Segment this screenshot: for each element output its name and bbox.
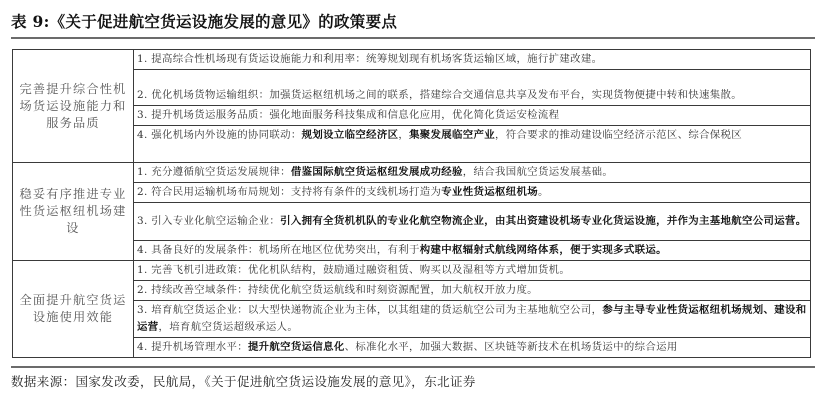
body-text: ， xyxy=(398,129,409,141)
body-text: ，培育航空货运超级承运人。 xyxy=(158,321,298,333)
emphasis-text: 专业性货运枢纽机场 xyxy=(441,186,538,198)
category-cell: 完善提升综合性机场货运设施能力和服务品质 xyxy=(13,50,134,163)
emphasis-text: 规划设立临空经济区 xyxy=(302,129,399,141)
category-cell: 稳妥有序推进专业性货运枢纽机场建设 xyxy=(13,163,134,261)
policy-item-cell: 3. 培育航空货运企业：以大型快递物流企业为主体，以其组建的货运航空公司为主基地… xyxy=(134,301,811,338)
policy-item-cell: 2. 优化机场货物运输组织：加强货运枢纽机场之间的联系，搭建综合交通信息共享及发… xyxy=(134,70,811,106)
policy-item-cell: 3. 引入专业化航空运输企业：引入拥有全货机机队的专业化航空物流企业，由其出资建… xyxy=(134,203,811,241)
category-cell: 全面提升航空货运设施使用效能 xyxy=(13,261,134,358)
policy-item-cell: 2. 符合民用运输机场布局规划：支持将有条件的支线机场打造为专业性货运枢纽机场。 xyxy=(134,183,811,203)
body-text: 2. 持续改善空域条件：持续优化航空货运航线和时刻资源配置，加大航权开放力度。 xyxy=(137,284,538,296)
emphasis-text: 集聚发展临空产业 xyxy=(409,129,495,141)
body-text: ，符合要求的推动建设临空经济示范区、综合保税区 xyxy=(495,129,742,141)
body-text: 1. 充分遵循航空货运发展规律： xyxy=(137,166,291,178)
body-text: 2. 符合民用运输机场布局规划：支持将有条件的支线机场打造为 xyxy=(137,186,441,198)
policy-item-cell: 1. 提高综合性机场现有货运设施能力和利用率：统筹规划现有机场客货运输区域，施行… xyxy=(134,50,811,70)
emphasis-text: 借鉴国际航空货运枢纽发展成功经验 xyxy=(291,166,463,178)
table-title: 表 9:《关于促进航空货运设施发展的意见》的政策要点 xyxy=(11,10,397,32)
table-row: 全面提升航空货运设施使用效能1. 完善飞机引进政策：优化机队结构，鼓励通过融资租… xyxy=(13,261,811,281)
policy-item-cell: 3. 提升机场货运服务品质：强化地面服务科技集成和信息化应用，优化简化货运安检流… xyxy=(134,106,811,126)
body-text: 、标准化水平，加强大数据、区块链等新技术在机场货运中的综合运用 xyxy=(345,341,678,353)
policy-item-cell: 2. 持续改善空域条件：持续优化航空货运航线和时刻资源配置，加大航权开放力度。 xyxy=(134,281,811,301)
emphasis-text: 构建中枢辐射式航线网络体系，便于实现多式联运。 xyxy=(420,244,667,256)
policy-item-cell: 4. 提升机场管理水平：提升航空货运信息化、标准化水平，加强大数据、区块链等新技… xyxy=(134,338,811,358)
body-text: 4. 提升机场管理水平： xyxy=(137,341,248,353)
policy-table: 完善提升综合性机场货运设施能力和服务品质1. 提高综合性机场现有货运设施能力和利… xyxy=(12,49,811,358)
body-text: 4. 强化机场内外设施的协同联动： xyxy=(137,129,302,141)
emphasis-text: 引入拥有全货机机队的专业化航空物流企业，由其出资建设机场专业化货运设施，并作为主… xyxy=(280,215,806,227)
data-source-note: 数据来源：国家发改委，民航局，《关于促进航空货运设施发展的意见》，东北证券 xyxy=(11,372,476,390)
body-text: 3. 提升机场货运服务品质：强化地面服务科技集成和信息化应用，优化简化货运安检流… xyxy=(137,109,559,121)
policy-item-cell: 4. 具备良好的发展条件：机场所在地区位优势突出，有利于构建中枢辐射式航线网络体… xyxy=(134,241,811,261)
body-text: 1. 完善飞机引进政策：优化机队结构，鼓励通过融资租赁、购买以及湿租等方式增加货… xyxy=(137,264,570,276)
body-text: 。 xyxy=(538,186,549,198)
emphasis-text: 提升航空货运信息化 xyxy=(248,341,345,353)
policy-item-cell: 4. 强化机场内外设施的协同联动：规划设立临空经济区，集聚发展临空产业，符合要求… xyxy=(134,126,811,163)
table-row: 完善提升综合性机场货运设施能力和服务品质1. 提高综合性机场现有货运设施能力和利… xyxy=(13,50,811,70)
body-text: 1. 提高综合性机场现有货运设施能力和利用率：统筹规划现有机场客货运输区域，施行… xyxy=(137,53,602,65)
body-text: 3. 引入专业化航空运输企业： xyxy=(137,215,280,227)
policy-item-cell: 1. 充分遵循航空货运发展规律：借鉴国际航空货运枢纽发展成功经验，结合我国航空货… xyxy=(134,163,811,183)
footer-divider xyxy=(11,366,815,368)
body-text: ，结合我国航空货运发展基础。 xyxy=(463,166,613,178)
body-text: 3. 培育航空货运企业：以大型快递物流企业为主体，以其组建的货运航空公司为主基地… xyxy=(137,304,602,316)
body-text: 4. 具备良好的发展条件：机场所在地区位优势突出，有利于 xyxy=(137,244,420,256)
policy-item-cell: 1. 完善飞机引进政策：优化机队结构，鼓励通过融资租赁、购买以及湿租等方式增加货… xyxy=(134,261,811,281)
body-text: 2. 优化机场货物运输组织：加强货运枢纽机场之间的联系，搭建综合交通信息共享及发… xyxy=(137,89,742,101)
table-row: 稳妥有序推进专业性货运枢纽机场建设1. 充分遵循航空货运发展规律：借鉴国际航空货… xyxy=(13,163,811,183)
title-divider xyxy=(11,37,815,39)
